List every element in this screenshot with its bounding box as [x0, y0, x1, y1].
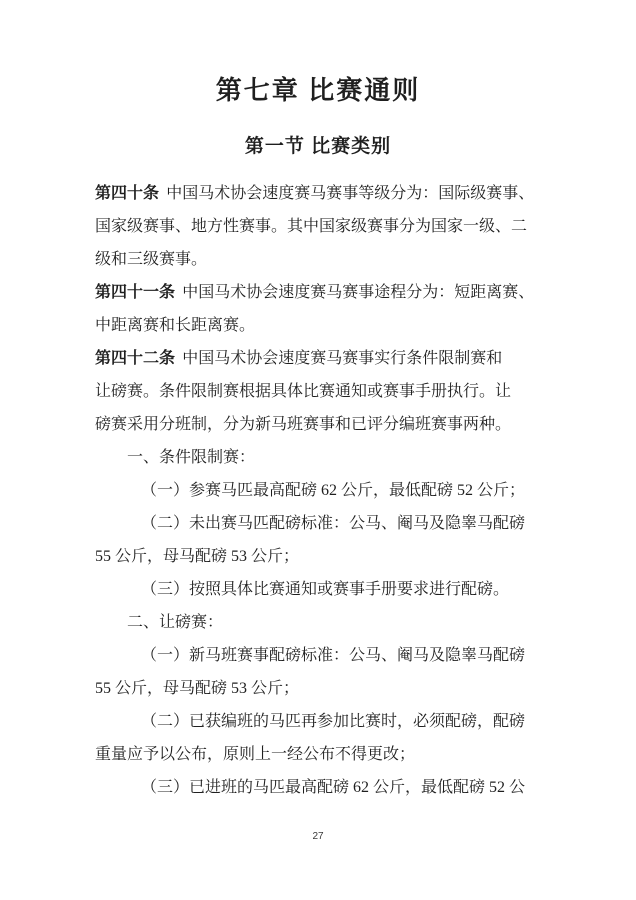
body-line-text: （二）已获编班的马匹再参加比赛时，必须配磅，配磅	[141, 713, 525, 730]
body-line-text: 55 公斤，母马配磅 53 公斤；	[95, 680, 299, 697]
body-line-text: 二、让磅赛：	[127, 614, 223, 631]
body-line-text: 中距离赛和长距离赛。	[95, 317, 255, 334]
body-line: （三）按照具体比赛通知或赛事手册要求进行配磅。	[95, 573, 545, 606]
section-heading: 第一节 比赛类别	[0, 136, 636, 158]
body-line-text: （三）已进班的马匹最高配磅 62 公斤，最低配磅 52 公	[141, 779, 525, 796]
chapter-title: 第七章 比赛通则	[0, 74, 636, 108]
body-line-text: （一）参赛马匹最高配磅 62 公斤，最低配磅 52 公斤；	[141, 482, 525, 499]
article-number: 第四十一条	[95, 284, 175, 301]
body-line: 重量应予以公布，原则上一经公布不得更改；	[95, 738, 545, 771]
body-line: 第四十一条中国马术协会速度赛马赛事途程分为：短距离赛、	[95, 276, 545, 309]
body-line: 国家级赛事、地方性赛事。其中国家级赛事分为国家一级、二	[95, 210, 545, 243]
body-line-text: 中国马术协会速度赛马赛事实行条件限制赛和	[182, 350, 502, 367]
body-line: 55 公斤，母马配磅 53 公斤；	[95, 540, 545, 573]
body-line-text: 55 公斤，母马配磅 53 公斤；	[95, 548, 299, 565]
body-line: 让磅赛。条件限制赛根据具体比赛通知或赛事手册执行。让	[95, 375, 545, 408]
body-line-text: 中国马术协会速度赛马赛事等级分为：国际级赛事、	[166, 185, 534, 202]
page-number: 27	[0, 831, 636, 842]
body-line: 磅赛采用分班制，分为新马班赛事和已评分编班赛事两种。	[95, 408, 545, 441]
document-page: 第七章 比赛通则 第一节 比赛类别 第四十条中国马术协会速度赛马赛事等级分为：国…	[0, 0, 636, 900]
article-number: 第四十二条	[95, 350, 175, 367]
body-line-text: 让磅赛。条件限制赛根据具体比赛通知或赛事手册执行。让	[95, 383, 511, 400]
body-line-text: 一、条件限制赛：	[127, 449, 255, 466]
body-line: 中距离赛和长距离赛。	[95, 309, 545, 342]
body-line-text: （三）按照具体比赛通知或赛事手册要求进行配磅。	[141, 581, 509, 598]
body-line: 第四十二条中国马术协会速度赛马赛事实行条件限制赛和	[95, 342, 545, 375]
body-line-text: 级和三级赛事。	[95, 251, 207, 268]
body-line: 第四十条中国马术协会速度赛马赛事等级分为：国际级赛事、	[95, 177, 545, 210]
body-line: 55 公斤，母马配磅 53 公斤；	[95, 672, 545, 705]
body-line-text: 磅赛采用分班制，分为新马班赛事和已评分编班赛事两种。	[95, 416, 511, 433]
body-line: （二）未出赛马匹配磅标准：公马、阉马及隐睾马配磅	[95, 507, 545, 540]
body-line: （二）已获编班的马匹再参加比赛时，必须配磅，配磅	[95, 705, 545, 738]
body-line-text: 国家级赛事、地方性赛事。其中国家级赛事分为国家一级、二	[95, 218, 527, 235]
article-number: 第四十条	[95, 185, 159, 202]
body-line: （三）已进班的马匹最高配磅 62 公斤，最低配磅 52 公	[95, 771, 545, 804]
body-line: （一）新马班赛事配磅标准：公马、阉马及隐睾马配磅	[95, 639, 545, 672]
body-line-text: （一）新马班赛事配磅标准：公马、阉马及隐睾马配磅	[141, 647, 525, 664]
body-line: 二、让磅赛：	[95, 606, 545, 639]
body-line-text: （二）未出赛马匹配磅标准：公马、阉马及隐睾马配磅	[141, 515, 525, 532]
body-line-text: 中国马术协会速度赛马赛事途程分为：短距离赛、	[182, 284, 534, 301]
body-line: 一、条件限制赛：	[95, 441, 545, 474]
document-body: 第四十条中国马术协会速度赛马赛事等级分为：国际级赛事、国家级赛事、地方性赛事。其…	[95, 177, 545, 804]
body-line-text: 重量应予以公布，原则上一经公布不得更改；	[95, 746, 415, 763]
body-line: （一）参赛马匹最高配磅 62 公斤，最低配磅 52 公斤；	[95, 474, 545, 507]
body-line: 级和三级赛事。	[95, 243, 545, 276]
